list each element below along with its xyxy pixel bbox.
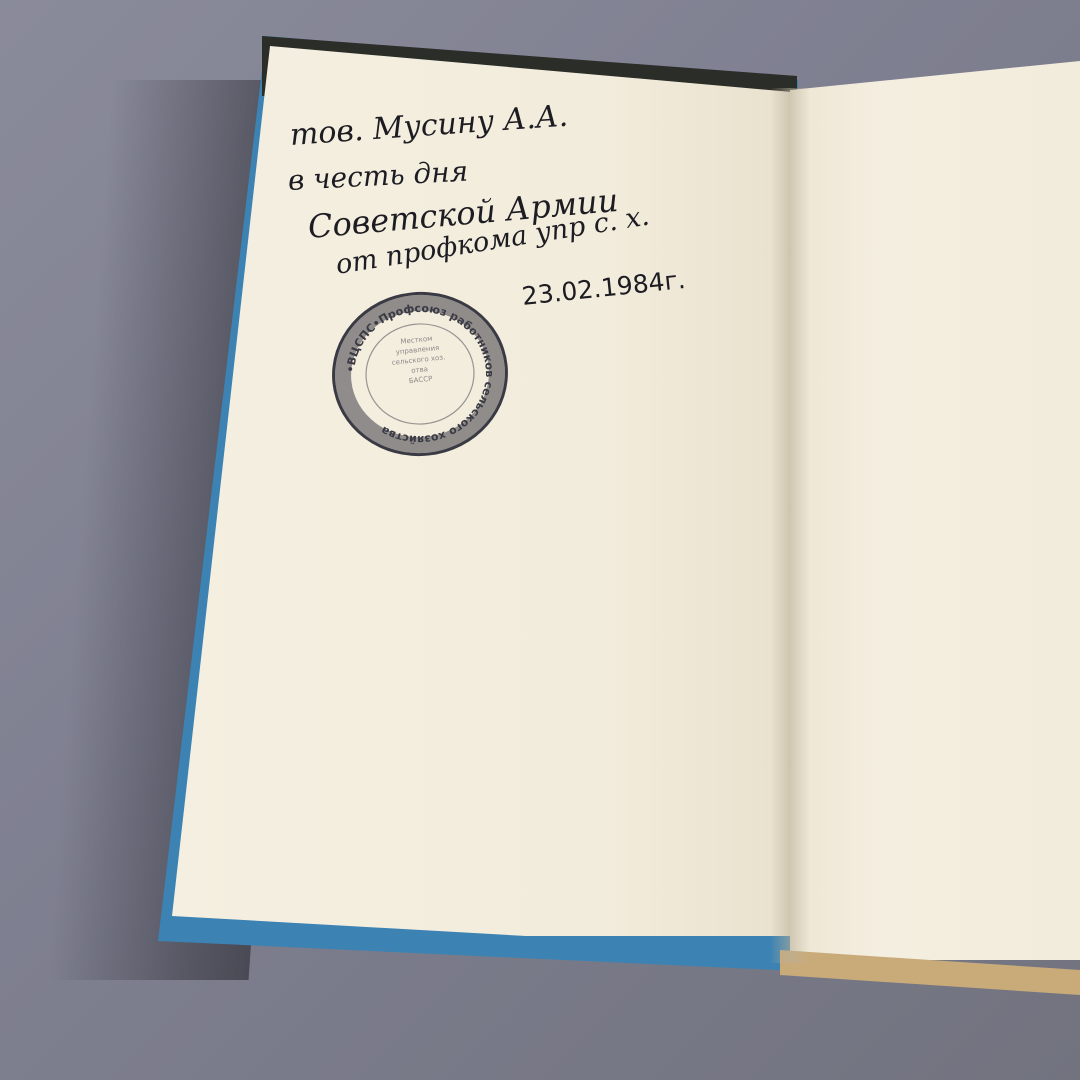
inscription-line-occasion: в честь дня: [287, 155, 469, 197]
handwritten-inscription: тов. Мусину А.А. в честь дня Советской А…: [0, 0, 1080, 1080]
union-stamp: •ВЦСПС•Профсоюз работников сельского хоз…: [324, 283, 516, 464]
inscription-line-date: 23.02.1984г.: [520, 265, 686, 311]
inscription-line-recipient: тов. Мусину А.А.: [289, 99, 569, 153]
stamp-inner-text: Местком управления сельского хоз. отва Б…: [369, 330, 468, 390]
